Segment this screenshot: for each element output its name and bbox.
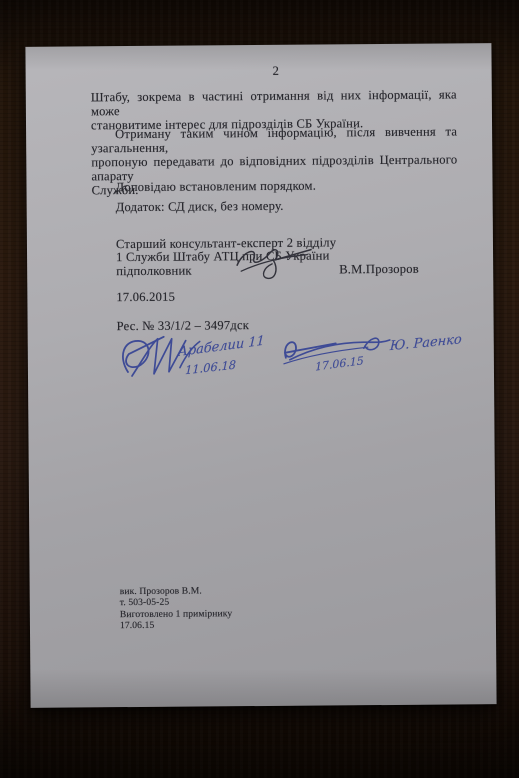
page-number: 2 (273, 65, 280, 79)
footer-phone: т. 503-05-25 (120, 597, 232, 609)
attachment-line: Додаток: СД диск, без номеру. (116, 200, 284, 215)
signer-date: 17.06.2015 (116, 291, 175, 305)
handwritten-right-name: Ю. Раенко (390, 332, 462, 354)
body-text-line: Штабу, зокрема в частині отримання від н… (91, 87, 457, 118)
footer-copies: Виготовлено 1 примірнику (120, 608, 232, 620)
footer-date: 17.06.15 (120, 619, 232, 631)
statement-line: Доповідаю встановленим порядком. (115, 180, 316, 195)
footer-block: вик. Прозоров В.М. т. 503-05-25 Виготовл… (120, 585, 233, 632)
photo-background: 2 Штабу, зокрема в частині отримання від… (0, 0, 519, 778)
document-page: 2 Штабу, зокрема в частині отримання від… (25, 43, 496, 708)
signer-rank: підполковник (116, 265, 192, 279)
body-text-line: Отриману таким чином інформацію, після в… (91, 124, 457, 155)
footer-executor: вик. Прозоров В.М. (120, 585, 232, 597)
signer-name: В.М.Прозоров (339, 263, 419, 277)
signature-prozorov (223, 243, 319, 290)
